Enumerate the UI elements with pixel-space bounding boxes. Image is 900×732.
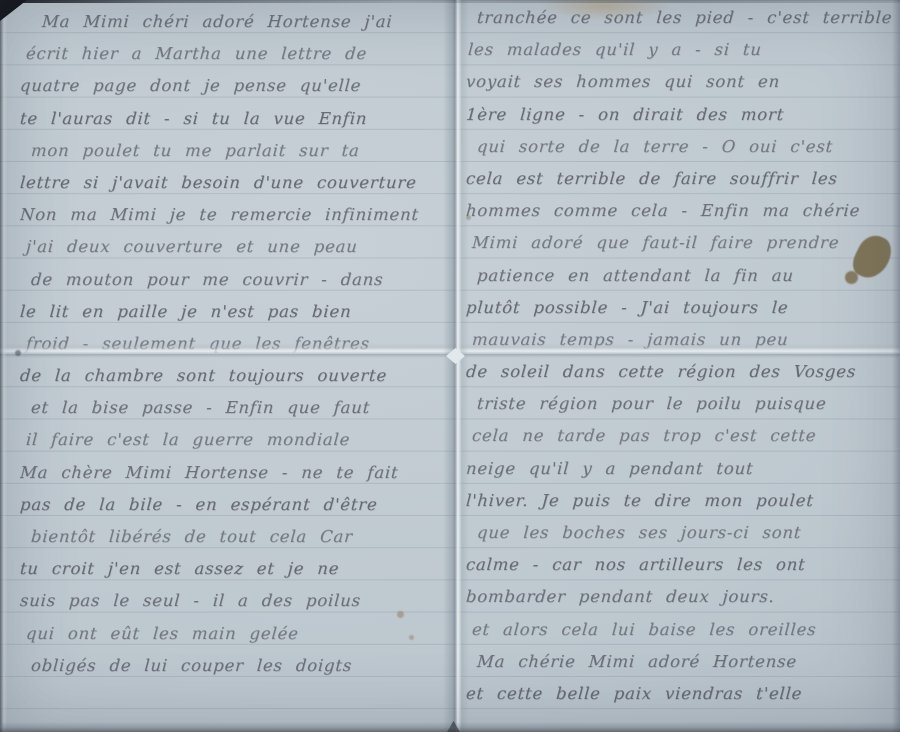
handwriting-line: les malades qu'il y a - si tu	[466, 33, 896, 65]
handwriting-line: Non ma Mimi je te remercie infiniment	[20, 198, 448, 230]
handwriting-line: cela est terrible de faire souffrir les	[466, 162, 896, 194]
handwriting-line: calme - car nos artilleurs les ont	[466, 548, 896, 580]
paper-right-edge	[892, 0, 900, 732]
handwriting-line: patience en attendant la fin au	[466, 259, 896, 291]
paper-speck	[397, 611, 404, 618]
handwriting-line: lettre si j'avait besoin d'une couvertur…	[20, 166, 448, 198]
letter-page-left: Ma Mimi chéri adoré Hortense j'ai écrit …	[20, 0, 448, 732]
paper-top-edge	[0, 0, 900, 3]
handwriting-line: de mouton pour me couvrir - dans	[20, 263, 448, 295]
handwriting-line: de la chambre sont toujours ouverte	[20, 359, 448, 391]
letter-paper: Ma Mimi chéri adoré Hortense j'ai écrit …	[0, 0, 900, 732]
handwriting-line: plutôt possible - J'ai toujours le	[466, 291, 896, 323]
letter-page-right: tranchée ce sont les pied - c'est terrib…	[466, 0, 896, 732]
ink-blot-stain	[842, 235, 890, 287]
handwriting-line: hommes comme cela - Enfin ma chérie	[466, 194, 896, 226]
handwriting-line: il faire c'est la guerre mondiale	[20, 423, 448, 455]
handwriting-line: neige qu'il y a pendant tout	[466, 452, 896, 484]
handwriting-line: triste région pour le poilu puisque	[466, 387, 896, 419]
handwriting-line: bientôt libérés de tout cela Car	[20, 520, 448, 552]
handwriting-line: obligés de lui couper les doigts	[20, 649, 448, 681]
paper-speck	[409, 635, 414, 640]
handwriting-line: tranchée ce sont les pied - c'est terrib…	[466, 1, 896, 33]
handwriting-line: tu croit j'en est assez et je ne	[20, 552, 448, 584]
handwriting-line: suis pas le seul - il a des poilus	[20, 584, 448, 616]
handwriting-line: et cette belle paix viendras t'elle	[466, 677, 896, 709]
handwriting-line: que les boches ses jours-ci sont	[466, 516, 896, 548]
handwriting-line: pas de la bile - en espérant d'être	[20, 488, 448, 520]
handwriting-line: Ma chère Mimi Hortense - ne te fait	[20, 456, 448, 488]
center-fold-crease	[443, 0, 469, 732]
handwriting-line: bombarder pendant deux jours.	[466, 580, 896, 612]
handwriting-line: 1ère ligne - on dirait des mort	[466, 98, 896, 130]
handwriting-line: le lit en paille je n'est pas bien	[20, 295, 448, 327]
handwriting-line: écrit hier a Martha une lettre de	[20, 37, 448, 69]
handwriting-line: Mimi adoré que faut-il faire prendre	[466, 226, 896, 258]
handwriting-line: de soleil dans cette région des Vosges	[466, 355, 896, 387]
handwriting-line: quatre page dont je pense qu'elle	[20, 69, 448, 101]
handwriting-line: qui ont eût les main gelée	[20, 617, 448, 649]
handwriting-line: et la bise passe - Enfin que faut	[20, 391, 448, 423]
handwriting-line: et alors cela lui baise les oreilles	[466, 613, 896, 645]
handwriting-line: voyait ses hommes qui sont en	[466, 65, 896, 97]
paper-bottom-edge	[0, 722, 900, 732]
handwriting-line: cela ne tarde pas trop c'est cette	[466, 419, 896, 451]
paper-speck	[466, 215, 471, 220]
handwriting-line: j'ai deux couverture et une peau	[20, 230, 448, 262]
letter-photo: Ma Mimi chéri adoré Hortense j'ai écrit …	[0, 0, 900, 732]
handwriting-line: mon poulet tu me parlait sur ta	[20, 134, 448, 166]
handwriting-line: l'hiver. Je puis te dire mon poulet	[466, 484, 896, 516]
handwriting-line: Ma chérie Mimi adoré Hortense	[466, 645, 896, 677]
paper-left-edge	[0, 0, 7, 732]
ink-blot-tail	[845, 271, 858, 284]
handwriting-line: qui sorte de la terre - O oui c'est	[466, 130, 896, 162]
handwriting-line: te l'auras dit - si tu la vue Enfin	[20, 102, 448, 134]
handwriting-line: Ma Mimi chéri adoré Hortense j'ai	[20, 5, 448, 37]
paper-speck	[15, 350, 21, 356]
